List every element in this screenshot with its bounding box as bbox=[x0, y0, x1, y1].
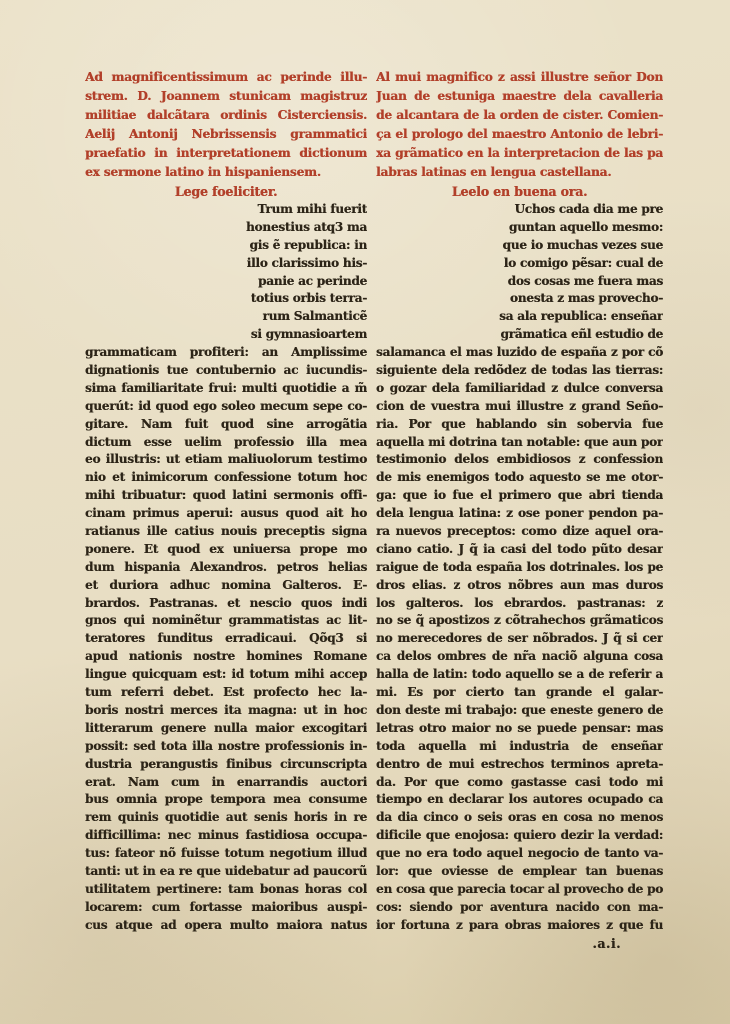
text-line: ria. Por que hablando sin sobervia fue bbox=[376, 416, 663, 434]
text-line: no se q̃ apostizos z cõtrahechos grãmati… bbox=[376, 612, 663, 630]
text-line: Trum mihi fuerit bbox=[85, 201, 367, 219]
text-line: los galteros. los ebrardos. pastranas: z… bbox=[376, 595, 663, 613]
text-line: halla de latin: todo aquello se a de ref… bbox=[376, 666, 663, 684]
text-line: dros elias. z otros nõbres aun mas duros bbox=[376, 577, 663, 595]
text-line: ga: que io fue el primero que abri tiend… bbox=[376, 487, 663, 505]
text-line: possit: sed tota illa nostre professioni… bbox=[85, 738, 367, 756]
text-line: et duriora adhuc nomina Galteros. E- bbox=[85, 577, 367, 595]
text-line: militiae dalcãtara ordinis Cisterciensis… bbox=[85, 106, 367, 125]
text-line: tum referri debet. Est profecto hec la- bbox=[85, 684, 367, 702]
text-line: rum Salmanticẽ bbox=[85, 308, 367, 326]
text-line: raigue de toda españa los dotrinales. lo… bbox=[376, 559, 663, 577]
text-line: ior fortuna z para obras maiores z que f… bbox=[376, 917, 663, 935]
text-line: ca delos ombres de nr̃a naciõ alguna cos… bbox=[376, 648, 663, 666]
text-line: sa ala republica: enseñar bbox=[376, 308, 663, 326]
text-line: Uchos cada dia me pre bbox=[376, 201, 663, 219]
text-line: gitare. Nam fuit quod sine arrogãtia bbox=[85, 416, 367, 434]
text-line: Aelij Antonij Nebrissensis grammatici bbox=[85, 125, 367, 144]
text-line: gis ẽ republica: in bbox=[85, 237, 367, 255]
latin-rubric-motto: Lege foeliciter. bbox=[85, 182, 367, 201]
spanish-column: Al mui magnifico z assi illustre señor D… bbox=[376, 68, 663, 952]
text-line: ça el prologo del maestro Antonio de leb… bbox=[376, 125, 663, 144]
text-line: brardos. Pastranas. et nescio quos indi bbox=[85, 595, 367, 613]
text-line: erat. Nam cum in enarrandis auctori bbox=[85, 774, 367, 792]
text-line: de mis enemigos todo aquesto se me otor- bbox=[376, 469, 663, 487]
text-line: grãmatica eñl estudio de bbox=[376, 326, 663, 344]
text-line: ciano catio. J q̃ ia casi del todo pũto … bbox=[376, 541, 663, 559]
text-line: mi. Es por cierto tan grande el galar- bbox=[376, 684, 663, 702]
text-line: grammaticam profiteri: an Amplissime bbox=[85, 344, 367, 362]
text-line: eo illustris: ut etiam maliuolorum testi… bbox=[85, 451, 367, 469]
text-line: cinam primus aperui: ausus quod ait ho bbox=[85, 505, 367, 523]
latin-body-text: grammaticam profiteri: an Amplissimedign… bbox=[85, 344, 367, 934]
text-line: lor: que oviesse de emplear tan buenas o… bbox=[376, 863, 663, 881]
text-line: lingue quicquam est: id totum mihi accep bbox=[85, 666, 367, 684]
text-line: tanti: ut in ea re que uidebatur ad pauc… bbox=[85, 863, 367, 881]
text-line: xa grãmatico en la interpretacion de las… bbox=[376, 144, 663, 163]
text-line: utilitatem pertinere: tam bonas horas co… bbox=[85, 881, 367, 899]
text-line: labras latinas en lengua castellana. bbox=[376, 163, 663, 182]
text-line: lo comigo pẽsar: cual de bbox=[376, 255, 663, 273]
text-line: da. Por que como gastasse casi todo mi bbox=[376, 774, 663, 792]
text-line: difficillima: nec minus fastidiosa occup… bbox=[85, 827, 367, 845]
text-line: dentro de mui estrechos terminos apreta- bbox=[376, 756, 663, 774]
text-line: apud nationis nostre homines Romane bbox=[85, 648, 367, 666]
text-line: totius orbis terra- bbox=[85, 290, 367, 308]
text-line: teratores funditus erradicaui. Qõq3 si bbox=[85, 630, 367, 648]
text-line: de alcantara de la orden de cister. Comi… bbox=[376, 106, 663, 125]
text-line: si gymnasioartem bbox=[85, 326, 367, 344]
text-line: cus atque ad opera multo maiora natus bbox=[85, 917, 367, 935]
text-line: illo clarissimo his- bbox=[85, 255, 367, 273]
text-line: en cosa que parecia tocar al provecho de… bbox=[376, 881, 663, 899]
text-line: testimonio delos embidiosos z confession bbox=[376, 451, 663, 469]
text-line: cion de vuestra mui illustre z grand Señ… bbox=[376, 398, 663, 416]
text-line: dum hispania Alexandros. petros helias bbox=[85, 559, 367, 577]
quire-signature-mark: .a.i. bbox=[376, 935, 663, 953]
text-line: letras otro maior no se puede pensar: ma… bbox=[376, 720, 663, 738]
text-line: gnos qui nominẽtur grammatistas ac lit- bbox=[85, 612, 367, 630]
text-line: que io muchas vezes sue bbox=[376, 237, 663, 255]
text-line: guntan aquello mesmo: bbox=[376, 219, 663, 237]
spanish-opening-block: Uchos cada dia me preguntan aquello mesm… bbox=[376, 201, 663, 344]
text-line: dela lengua latina: z ose poner pendon p… bbox=[376, 505, 663, 523]
text-line: dificile que enojosa: quiero dezir la ve… bbox=[376, 827, 663, 845]
text-line: o gozar dela familiaridad z dulce conver… bbox=[376, 380, 663, 398]
text-line: dos cosas me fuera mas bbox=[376, 273, 663, 291]
text-line: Juan de estuniga maestre dela cavalleria bbox=[376, 87, 663, 106]
text-line: que no era todo aquel negocio de tanto v… bbox=[376, 845, 663, 863]
text-line: honestius atq3 ma bbox=[85, 219, 367, 237]
text-line: dignationis tue contubernio ac iucundis- bbox=[85, 362, 367, 380]
text-line: panie ac perinde bbox=[85, 273, 367, 291]
text-line: tus: fateor nõ fuisse totum negotium ill… bbox=[85, 845, 367, 863]
text-line: praefatio in interpretationem dictionum bbox=[85, 144, 367, 163]
text-line: Al mui magnifico z assi illustre señor D… bbox=[376, 68, 663, 87]
text-line: ponere. Et quod ex uniuersa prope mo bbox=[85, 541, 367, 559]
text-line: tiempo en declarar los autores ocupado c… bbox=[376, 791, 663, 809]
text-line: aquella mi dotrina tan notable: que aun … bbox=[376, 434, 663, 452]
text-line: locarem: cum fortasse maioribus auspi- bbox=[85, 899, 367, 917]
text-line: dictum esse uelim professio illa mea usq… bbox=[85, 434, 367, 452]
spanish-rubric-heading: Al mui magnifico z assi illustre señor D… bbox=[376, 68, 663, 182]
text-line: siguiente dela redõdez de todas las tier… bbox=[376, 362, 663, 380]
text-line: bus omnia prope tempora mea consume bbox=[85, 791, 367, 809]
text-line: cos: siendo por aventura nacido con ma- bbox=[376, 899, 663, 917]
text-line: toda aquella mi industria de enseñar est… bbox=[376, 738, 663, 756]
latin-column: Ad magnificentissimum ac perinde illu-st… bbox=[85, 68, 367, 935]
latin-opening-block: Trum mihi fuerithonestius atq3 magis ẽ r… bbox=[85, 201, 367, 344]
text-line: boris nostri merces ita magna: ut in hoc bbox=[85, 702, 367, 720]
text-line: ra nuevos preceptos: como dize aquel ora… bbox=[376, 523, 663, 541]
latin-rubric-heading: Ad magnificentissimum ac perinde illu-st… bbox=[85, 68, 367, 182]
text-line: querút: id quod ego soleo mecum sepe co- bbox=[85, 398, 367, 416]
text-line: strem. D. Joannem stunicam magistruz bbox=[85, 87, 367, 106]
text-line: salamanca el mas luzido de españa z por … bbox=[376, 344, 663, 362]
text-line: ex sermone latino in hispaniensem. bbox=[85, 163, 367, 182]
book-page-scan: Ad magnificentissimum ac perinde illu-st… bbox=[0, 0, 730, 1024]
spanish-rubric-motto: Leelo en buena ora. bbox=[376, 182, 663, 201]
text-line: mihi tribuatur: quod latini sermonis off… bbox=[85, 487, 367, 505]
text-line: no merecedores de ser nõbrados. J q̃ si … bbox=[376, 630, 663, 648]
text-line: sima familiaritate frui: multi quotidie … bbox=[85, 380, 367, 398]
text-line: onesta z mas provecho- bbox=[376, 290, 663, 308]
text-line: ratianus ille catius nouis preceptis sig… bbox=[85, 523, 367, 541]
text-line: da dia cinco o seis oras en cosa no meno… bbox=[376, 809, 663, 827]
text-line: don deste mi trabajo: que eneste genero … bbox=[376, 702, 663, 720]
text-line: Ad magnificentissimum ac perinde illu- bbox=[85, 68, 367, 87]
text-line: rem quinis quotidie aut senis horis in r… bbox=[85, 809, 367, 827]
text-line: litterarum genere nulla maior excogitari bbox=[85, 720, 367, 738]
spanish-body-text: salamanca el mas luzido de españa z por … bbox=[376, 344, 663, 934]
text-line: nio et inimicorum confessione totum hoc bbox=[85, 469, 367, 487]
text-line: dustria perangustis finibus circunscript… bbox=[85, 756, 367, 774]
